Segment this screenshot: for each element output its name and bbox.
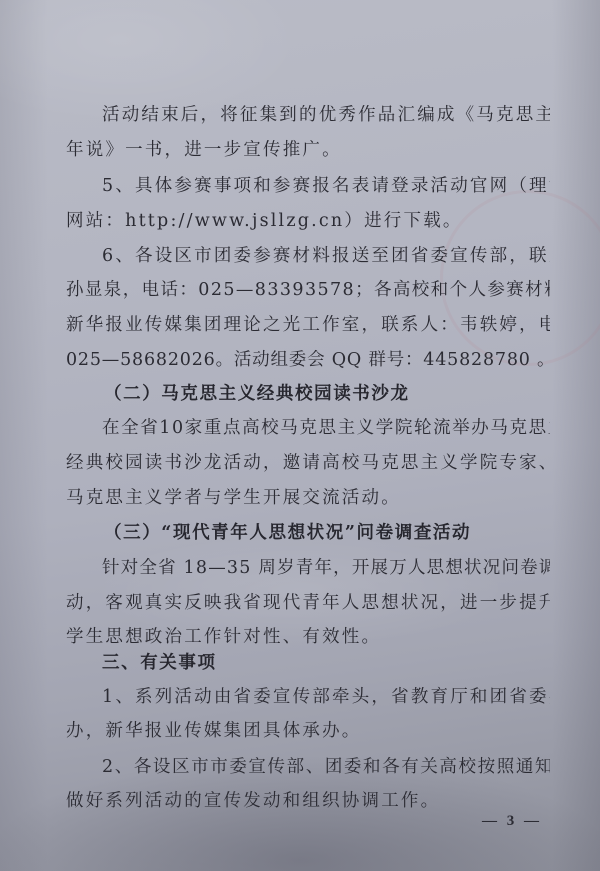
text-line-qq-group: 025—58682026。活动组委会 QQ 群号：445828780 。	[66, 349, 550, 371]
text-line: 动，客观真实反映我省现代青年人思想状况，进一步提升青年	[66, 592, 550, 614]
text-line: 马克思主义学者与学生开展交流活动。	[66, 487, 550, 509]
text-line-contact: 新华报业传媒集团理论之光工作室，联系人：韦轶婷，电话：	[66, 314, 550, 336]
text-line-contact: 孙显泉，电话：025—83393578；各高校和个人参赛材料报送至	[66, 279, 550, 301]
section-heading-reading-salon: （二）马克思主义经典校园读书沙龙	[104, 383, 552, 405]
text-line: 年说》一书，进一步宣传推广。	[66, 139, 550, 161]
text-line: 6、各设区市团委参赛材料报送至团省委宣传部，联系人：	[102, 245, 550, 267]
text-line: 做好系列活动的宣传发动和组织协调工作。	[66, 790, 550, 812]
text-line: 在全省10家重点高校马克思主义学院轮流举办马克思主义	[102, 417, 550, 439]
text-line: 2、各设区市市委宣传部、团委和各有关高校按照通知要求，	[102, 756, 550, 778]
section-heading-survey: （三）“现代青年人思想状况”问卷调查活动	[104, 522, 552, 544]
text-line: 经典校园读书沙龙活动，邀请高校马克思主义学院专家、青年	[66, 452, 550, 474]
text-line: 学生思想政治工作针对性、有效性。	[66, 626, 550, 648]
section-heading-related-matters: 三、有关事项	[102, 652, 550, 674]
document-page: 活动结束后，将征集到的优秀作品汇编成《马克思主义•青 年说》一书，进一步宣传推广…	[0, 0, 600, 871]
text-line: 办，新华报业传媒集团具体承办。	[66, 720, 550, 742]
text-line: 活动结束后，将征集到的优秀作品汇编成《马克思主义•青	[102, 104, 550, 126]
text-line: 1、系列活动由省委宣传部牵头，省教育厅和团省委共同主	[102, 686, 550, 708]
text-line: 针对全省 18—35 周岁青年，开展万人思想状况问卷调查活	[102, 557, 550, 579]
text-line-website: 网站：http://www.jsllzg.cn）进行下载。	[66, 210, 550, 232]
text-line: 5、具体参赛事项和参赛报名表请登录活动官网（理论之光	[102, 175, 550, 197]
page-number: — 3 —	[482, 813, 542, 830]
